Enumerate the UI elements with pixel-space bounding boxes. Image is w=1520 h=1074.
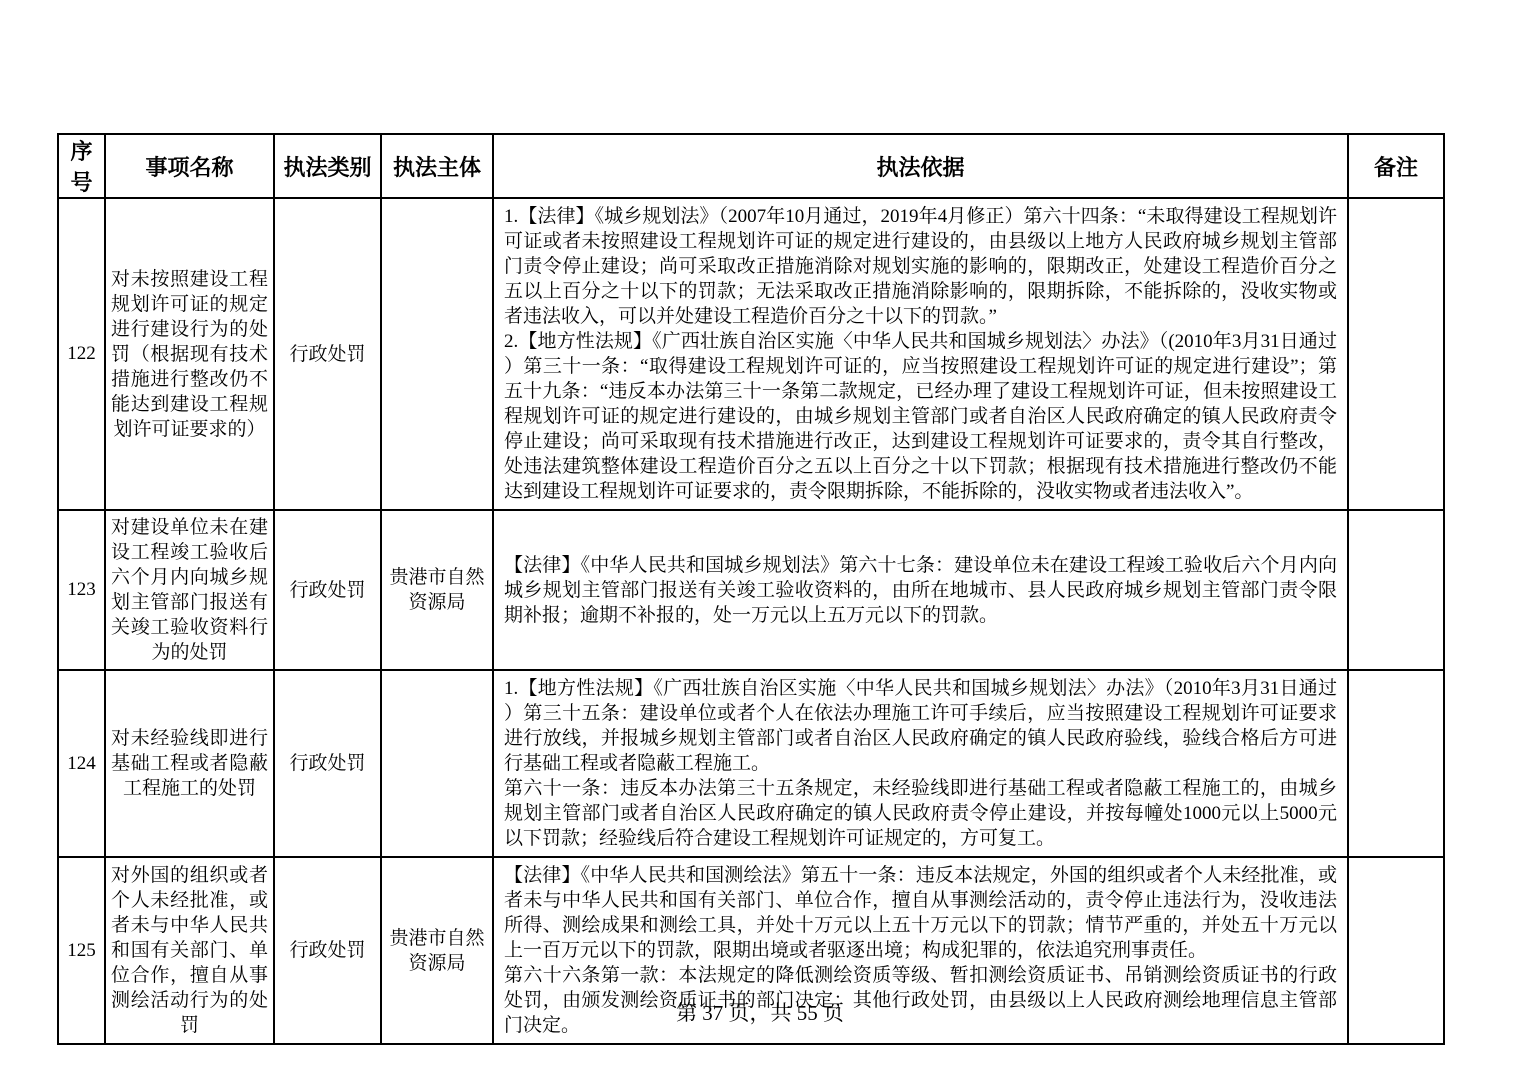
basis-paragraph: 第六十一条：违反本办法第三十五条规定，未经验线即进行基础工程或者隐蔽工程施工的，…: [504, 776, 1337, 851]
header-serial-number: 序号: [58, 134, 105, 198]
serial-number-cell: 122: [58, 198, 105, 510]
subject-cell: [381, 670, 493, 857]
page-number-indicator: 第 37 页，共 55 页: [0, 997, 1520, 1027]
subject-cell: [381, 198, 493, 510]
remark-cell: [1348, 670, 1444, 857]
basis-cell: 1.【法律】《城乡规划法》（2007年10月通过，2019年4月修正）第六十四条…: [493, 198, 1348, 510]
remark-cell: [1348, 510, 1444, 670]
table-header-row: 序号 事项名称 执法类别 执法主体 执法依据 备注: [58, 134, 1444, 198]
header-item-name: 事项名称: [105, 134, 274, 198]
basis-paragraph: 【法律】《中华人民共和国测绘法》第五十一条：违反本法规定，外国的组织或者个人未经…: [504, 863, 1337, 963]
header-remarks: 备注: [1348, 134, 1444, 198]
item-name-cell: 对建设单位未在建设工程竣工验收后六个月内向城乡规划主管部门报送有关竣工验收资料行…: [105, 510, 274, 670]
remark-cell: [1348, 198, 1444, 510]
header-enforcement-subject: 执法主体: [381, 134, 493, 198]
serial-number-cell: 123: [58, 510, 105, 670]
table-row-123: 123 对建设单位未在建设工程竣工验收后六个月内向城乡规划主管部门报送有关竣工验…: [58, 510, 1444, 670]
basis-paragraph: 1.【法律】《城乡规划法》（2007年10月通过，2019年4月修正）第六十四条…: [504, 204, 1337, 329]
basis-paragraph: 2.【地方性法规】《广西壮族自治区实施〈中华人民共和国城乡规划法〉办法》（(20…: [504, 329, 1337, 504]
category-cell: 行政处罚: [274, 670, 381, 857]
category-cell: 行政处罚: [274, 198, 381, 510]
enforcement-items-table: 序号 事项名称 执法类别 执法主体 执法依据 备注 122 对未按照建设工程规划…: [57, 133, 1445, 1045]
serial-number-cell: 124: [58, 670, 105, 857]
table-row-122: 122 对未按照建设工程规划许可证的规定进行建设行为的处罚（根据现有技术措施进行…: [58, 198, 1444, 510]
category-cell: 行政处罚: [274, 510, 381, 670]
header-enforcement-category: 执法类别: [274, 134, 381, 198]
table-row-124: 124 对未经验线即进行基础工程或者隐蔽工程施工的处罚 行政处罚 1.【地方性法…: [58, 670, 1444, 857]
document-page: 序号 事项名称 执法类别 执法主体 执法依据 备注 122 对未按照建设工程规划…: [0, 0, 1520, 1074]
basis-cell: 【法律】《中华人民共和国城乡规划法》第六十七条：建设单位未在建设工程竣工验收后六…: [493, 510, 1348, 670]
item-name-cell: 对未按照建设工程规划许可证的规定进行建设行为的处罚（根据现有技术措施进行整改仍不…: [105, 198, 274, 510]
basis-paragraph: 【法律】《中华人民共和国城乡规划法》第六十七条：建设单位未在建设工程竣工验收后六…: [504, 553, 1337, 628]
item-name-cell: 对未经验线即进行基础工程或者隐蔽工程施工的处罚: [105, 670, 274, 857]
basis-cell: 1.【地方性法规】《广西壮族自治区实施〈中华人民共和国城乡规划法〉办法》（201…: [493, 670, 1348, 857]
basis-paragraph: 1.【地方性法规】《广西壮族自治区实施〈中华人民共和国城乡规划法〉办法》（201…: [504, 676, 1337, 776]
header-enforcement-basis: 执法依据: [493, 134, 1348, 198]
subject-cell: 贵港市自然资源局: [381, 510, 493, 670]
